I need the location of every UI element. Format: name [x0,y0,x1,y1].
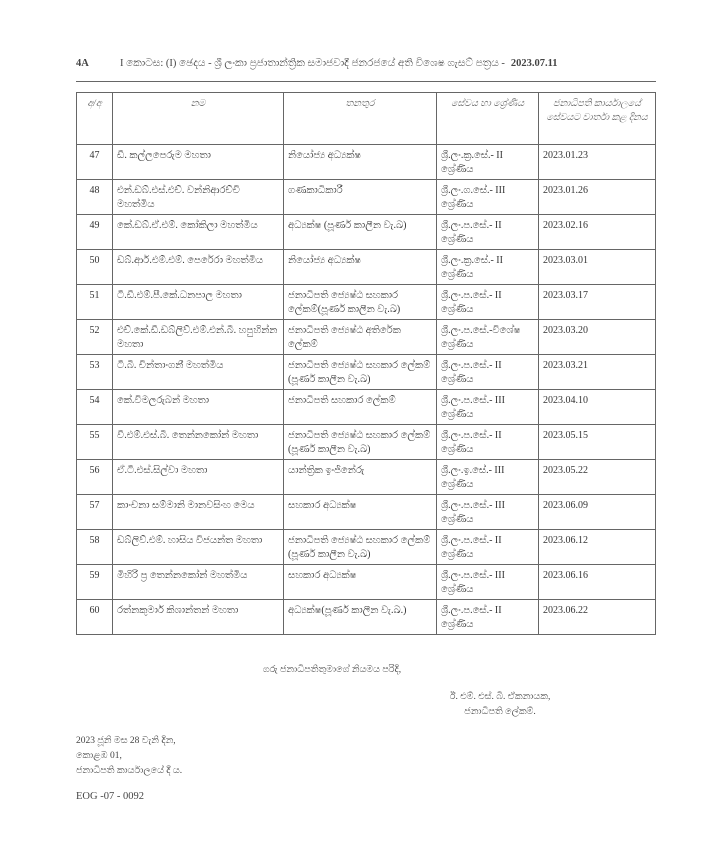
row-reported-date: 2023.03.17 [539,285,656,320]
row-post: ජනාධිපති ජ්‍යෙෂ්ඨ සහකාර ලේකම් (පූර්ණ කාල… [284,355,437,390]
row-post: ගණකාධිකාරී [284,180,437,215]
row-post: ජනාධිපති ජ්‍යෙෂ්ඨ සහකාර ලේකම් (පූර්ණ කාල… [284,425,437,460]
row-serial: 47 [77,145,113,180]
row-service-grade: ශ්‍රී.ලං.ප.සේ.- II ශ්‍රේණිය [437,215,539,250]
row-name: ඩබ්.ආර්.එම්.එම්. පෙරේරා මහත්මිය [113,250,284,285]
row-reported-date: 2023.02.16 [539,215,656,250]
table-row: 52එච්.කේ.ඩී.ඩබ්ලිව්.එම්.එන්.බී. හපුහින්න… [77,320,656,355]
row-serial: 53 [77,355,113,390]
row-post: සහකාර අධ්‍යක්ෂ [284,495,437,530]
signatory-name: ඊ. එම්. එස්. බී. ඒකනායක, [420,690,580,705]
row-serial: 50 [77,250,113,285]
place-date-block: 2023 ජූනි මස 28 වැනි දින, කොළඹ 01, ජනාධි… [76,734,182,779]
row-post: අධ්‍යක්ෂ (පූර්ණ කාලීන වැ.ඛ) [284,215,437,250]
issue-city: කොළඹ 01, [76,749,182,764]
page-header: 4A I කොටස: (I) ඡෙදය - ශ්‍රී ලංකා ප්‍රජාත… [76,58,656,78]
row-reported-date: 2023.05.15 [539,425,656,460]
row-name: ඩී. කල්ලපෙරුම මහතා [113,145,284,180]
row-service-grade: ශ්‍රී.ලං.ප.සේ.- III ශ්‍රේණිය [437,565,539,600]
row-service-grade: ශ්‍රී.ලං.ඉ.සේ.- III ශ්‍රේණිය [437,460,539,495]
row-reported-date: 2023.06.22 [539,600,656,635]
page-number: 4A [76,58,89,69]
reference-number: EOG -07 - 0092 [76,791,144,802]
table-row: 60රත්නකුමාර් කිශාන්තන් මහතාඅධ්‍යක්ෂ(පූර්… [77,600,656,635]
row-name: කේ.විමලරුබන් මහතා [113,390,284,425]
row-service-grade: ශ්‍රී.ලං.ප.සේ.- II ශ්‍රේණිය [437,425,539,460]
row-reported-date: 2023.06.09 [539,495,656,530]
row-service-grade: ශ්‍රී.ලං.ප.සේ.- II ශ්‍රේණිය [437,285,539,320]
row-post: අධ්‍යක්ෂ(පූර්ණ කාලීන වැ.ඛ.) [284,600,437,635]
row-post: නියෝජ්‍ය අධ්‍යක්ෂ [284,250,437,285]
table-row: 57කාංචනා සම්මානි මානවසිංහ මෙයසහකාර අධ්‍ය… [77,495,656,530]
gazette-title: I කොටස: (I) ඡෙදය - ශ්‍රී ලංකා ප්‍රජාතාන්… [120,58,505,69]
row-service-grade: ශ්‍රී.ලං.ප.සේ.-විශේෂ ශ්‍රේණිය [437,320,539,355]
row-name: ටී.බී. චින්තාංගනී මහත්මිය [113,355,284,390]
issue-office: ජනාධිපති කාර්යාලයේ දී ය. [76,764,182,779]
row-name: කේ.ඩබ්.ඒ.එම්. කෝකිලා මහත්මිය [113,215,284,250]
table-row: 51ටී.ඩී.එම්.පී.කේ.ධනපාල මහතාජනාධිපති ජ්‍… [77,285,656,320]
row-service-grade: ශ්‍රී.ලං.ප.සේ.- II ශ්‍රේණිය [437,355,539,390]
table-row: 48එන්.ඩබ්.එස්.එච්. වන්නිආරච්චි මහත්මියගණ… [77,180,656,215]
officers-table: අ/අ නම තනතුර සේවය හා ශ්‍රේණිය ජනාධිපති ක… [76,92,656,635]
row-service-grade: ශ්‍රී.ලං.ප.සේ.- III ශ්‍රේණිය [437,390,539,425]
row-post: නියෝජ්‍ය අධ්‍යක්ෂ [284,145,437,180]
signature-block: ඊ. එම්. එස්. බී. ඒකනායක, ජනාධිපති ලේකම්. [420,690,580,720]
row-reported-date: 2023.01.26 [539,180,656,215]
row-reported-date: 2023.03.21 [539,355,656,390]
signatory-title: ජනාධිපති ලේකම්. [420,705,580,720]
gazette-date: 2023.07.11 [511,58,558,69]
row-post: ජනාධිපති ජ්‍යෙෂ්ඨ සහකාර ලේකම්(පූර්ණ කාලී… [284,285,437,320]
row-name: එන්.ඩබ්.එස්.එච්. වන්නිආරච්චි මහත්මිය [113,180,284,215]
header-name: නම [113,93,284,145]
row-name: කාංචනා සම්මානි මානවසිංහ මෙය [113,495,284,530]
row-reported-date: 2023.03.20 [539,320,656,355]
row-serial: 60 [77,600,113,635]
row-serial: 57 [77,495,113,530]
row-post: ජනාධිපති ජ්‍යෙෂ්ඨ අතිරේක ලේකම් [284,320,437,355]
table-header-row: අ/අ නම තනතුර සේවය හා ශ්‍රේණිය ජනාධිපති ක… [77,93,656,145]
row-serial: 55 [77,425,113,460]
row-serial: 49 [77,215,113,250]
header-divider [76,81,656,82]
row-name: මිහිරි ප්‍ර තෙන්නකෝන් මහත්මිය [113,565,284,600]
row-name: වී.එම්.එස්.බී. තෙන්නකෝන් මහතා [113,425,284,460]
table-row: 49කේ.ඩබ්.ඒ.එම්. කෝකිලා මහත්මියඅධ්‍යක්ෂ (… [77,215,656,250]
table-row: 56ඒ.ටී.එස්.සිල්වා මහතායාන්ත්‍රික ඉංජිනේර… [77,460,656,495]
row-service-grade: ශ්‍රී.ලං.ප.සේ.- II ශ්‍රේණිය [437,600,539,635]
row-name: එච්.කේ.ඩී.ඩබ්ලිව්.එම්.එන්.බී. හපුහින්න ම… [113,320,284,355]
row-name: රත්නකුමාර් කිශාන්තන් මහතා [113,600,284,635]
row-service-grade: ශ්‍රී.ලං.ප.සේ.- III ශ්‍රේණිය [437,495,539,530]
table-row: 50ඩබ්.ආර්.එම්.එම්. පෙරේරා මහත්මියනියෝජ්‍… [77,250,656,285]
row-reported-date: 2023.05.22 [539,460,656,495]
header-serial: අ/අ [77,93,113,145]
table-row: 53ටී.බී. චින්තාංගනී මහත්මියජනාධිපති ජ්‍ය… [77,355,656,390]
table-row: 59මිහිරි ප්‍ර තෙන්නකෝන් මහත්මියසහකාර අධ්… [77,565,656,600]
row-serial: 51 [77,285,113,320]
table-row: 58ඩබ්ලිව්.එම්. හාසිය විජයන්ත මහතාජනාධිපත… [77,530,656,565]
header-service-grade: සේවය හා ශ්‍රේණිය [437,93,539,145]
row-reported-date: 2023.06.12 [539,530,656,565]
row-service-grade: ශ්‍රී.ලං.ග.සේ.- III ශ්‍රේණිය [437,180,539,215]
closing-statement: ගරු ජනාධිපතිතුමාගේ නියමය පරිදි, [0,664,720,675]
row-serial: 58 [77,530,113,565]
row-post: ජනාධිපති සහකාර ලේකම් [284,390,437,425]
row-serial: 56 [77,460,113,495]
row-service-grade: ශ්‍රී.ලං.ප.සේ.- II ශ්‍රේණිය [437,530,539,565]
row-post: යාන්ත්‍රික ඉංජිනේරු [284,460,437,495]
table-row: 54කේ.විමලරුබන් මහතාජනාධිපති සහකාර ලේකම්ශ… [77,390,656,425]
row-name: ටී.ඩී.එම්.පී.කේ.ධනපාල මහතා [113,285,284,320]
closing-line: ගරු ජනාධිපතිතුමාගේ නියමය පරිදි, [263,665,401,675]
row-reported-date: 2023.03.01 [539,250,656,285]
row-service-grade: ශ්‍රී.ලං.ක්‍ර.සේ.- II ශ්‍රේණිය [437,145,539,180]
row-serial: 59 [77,565,113,600]
row-serial: 48 [77,180,113,215]
header-reported-date: ජනාධිපති කාර්යාලයේ සේවයට වාර්තා කළ දිනය [539,93,656,145]
row-serial: 54 [77,390,113,425]
row-post: සහකාර අධ්‍යක්ෂ [284,565,437,600]
issue-date: 2023 ජූනි මස 28 වැනි දින, [76,734,182,749]
row-reported-date: 2023.04.10 [539,390,656,425]
running-title: I කොටස: (I) ඡෙදය - ශ්‍රී ලංකා ප්‍රජාතාන්… [120,58,558,70]
row-serial: 52 [77,320,113,355]
row-post: ජනාධිපති ජ්‍යෙෂ්ඨ සහකාර ලේකම් (පූර්ණ කාල… [284,530,437,565]
row-reported-date: 2023.06.16 [539,565,656,600]
table-row: 47ඩී. කල්ලපෙරුම මහතානියෝජ්‍ය අධ්‍යක්ෂශ්‍… [77,145,656,180]
header-post: තනතුර [284,93,437,145]
row-service-grade: ශ්‍රී.ලං.ක්‍ර.සේ.- II ශ්‍රේණිය [437,250,539,285]
row-name: ඩබ්ලිව්.එම්. හාසිය විජයන්ත මහතා [113,530,284,565]
table-row: 55වී.එම්.එස්.බී. තෙන්නකෝන් මහතාජනාධිපති … [77,425,656,460]
row-reported-date: 2023.01.23 [539,145,656,180]
row-name: ඒ.ටී.එස්.සිල්වා මහතා [113,460,284,495]
